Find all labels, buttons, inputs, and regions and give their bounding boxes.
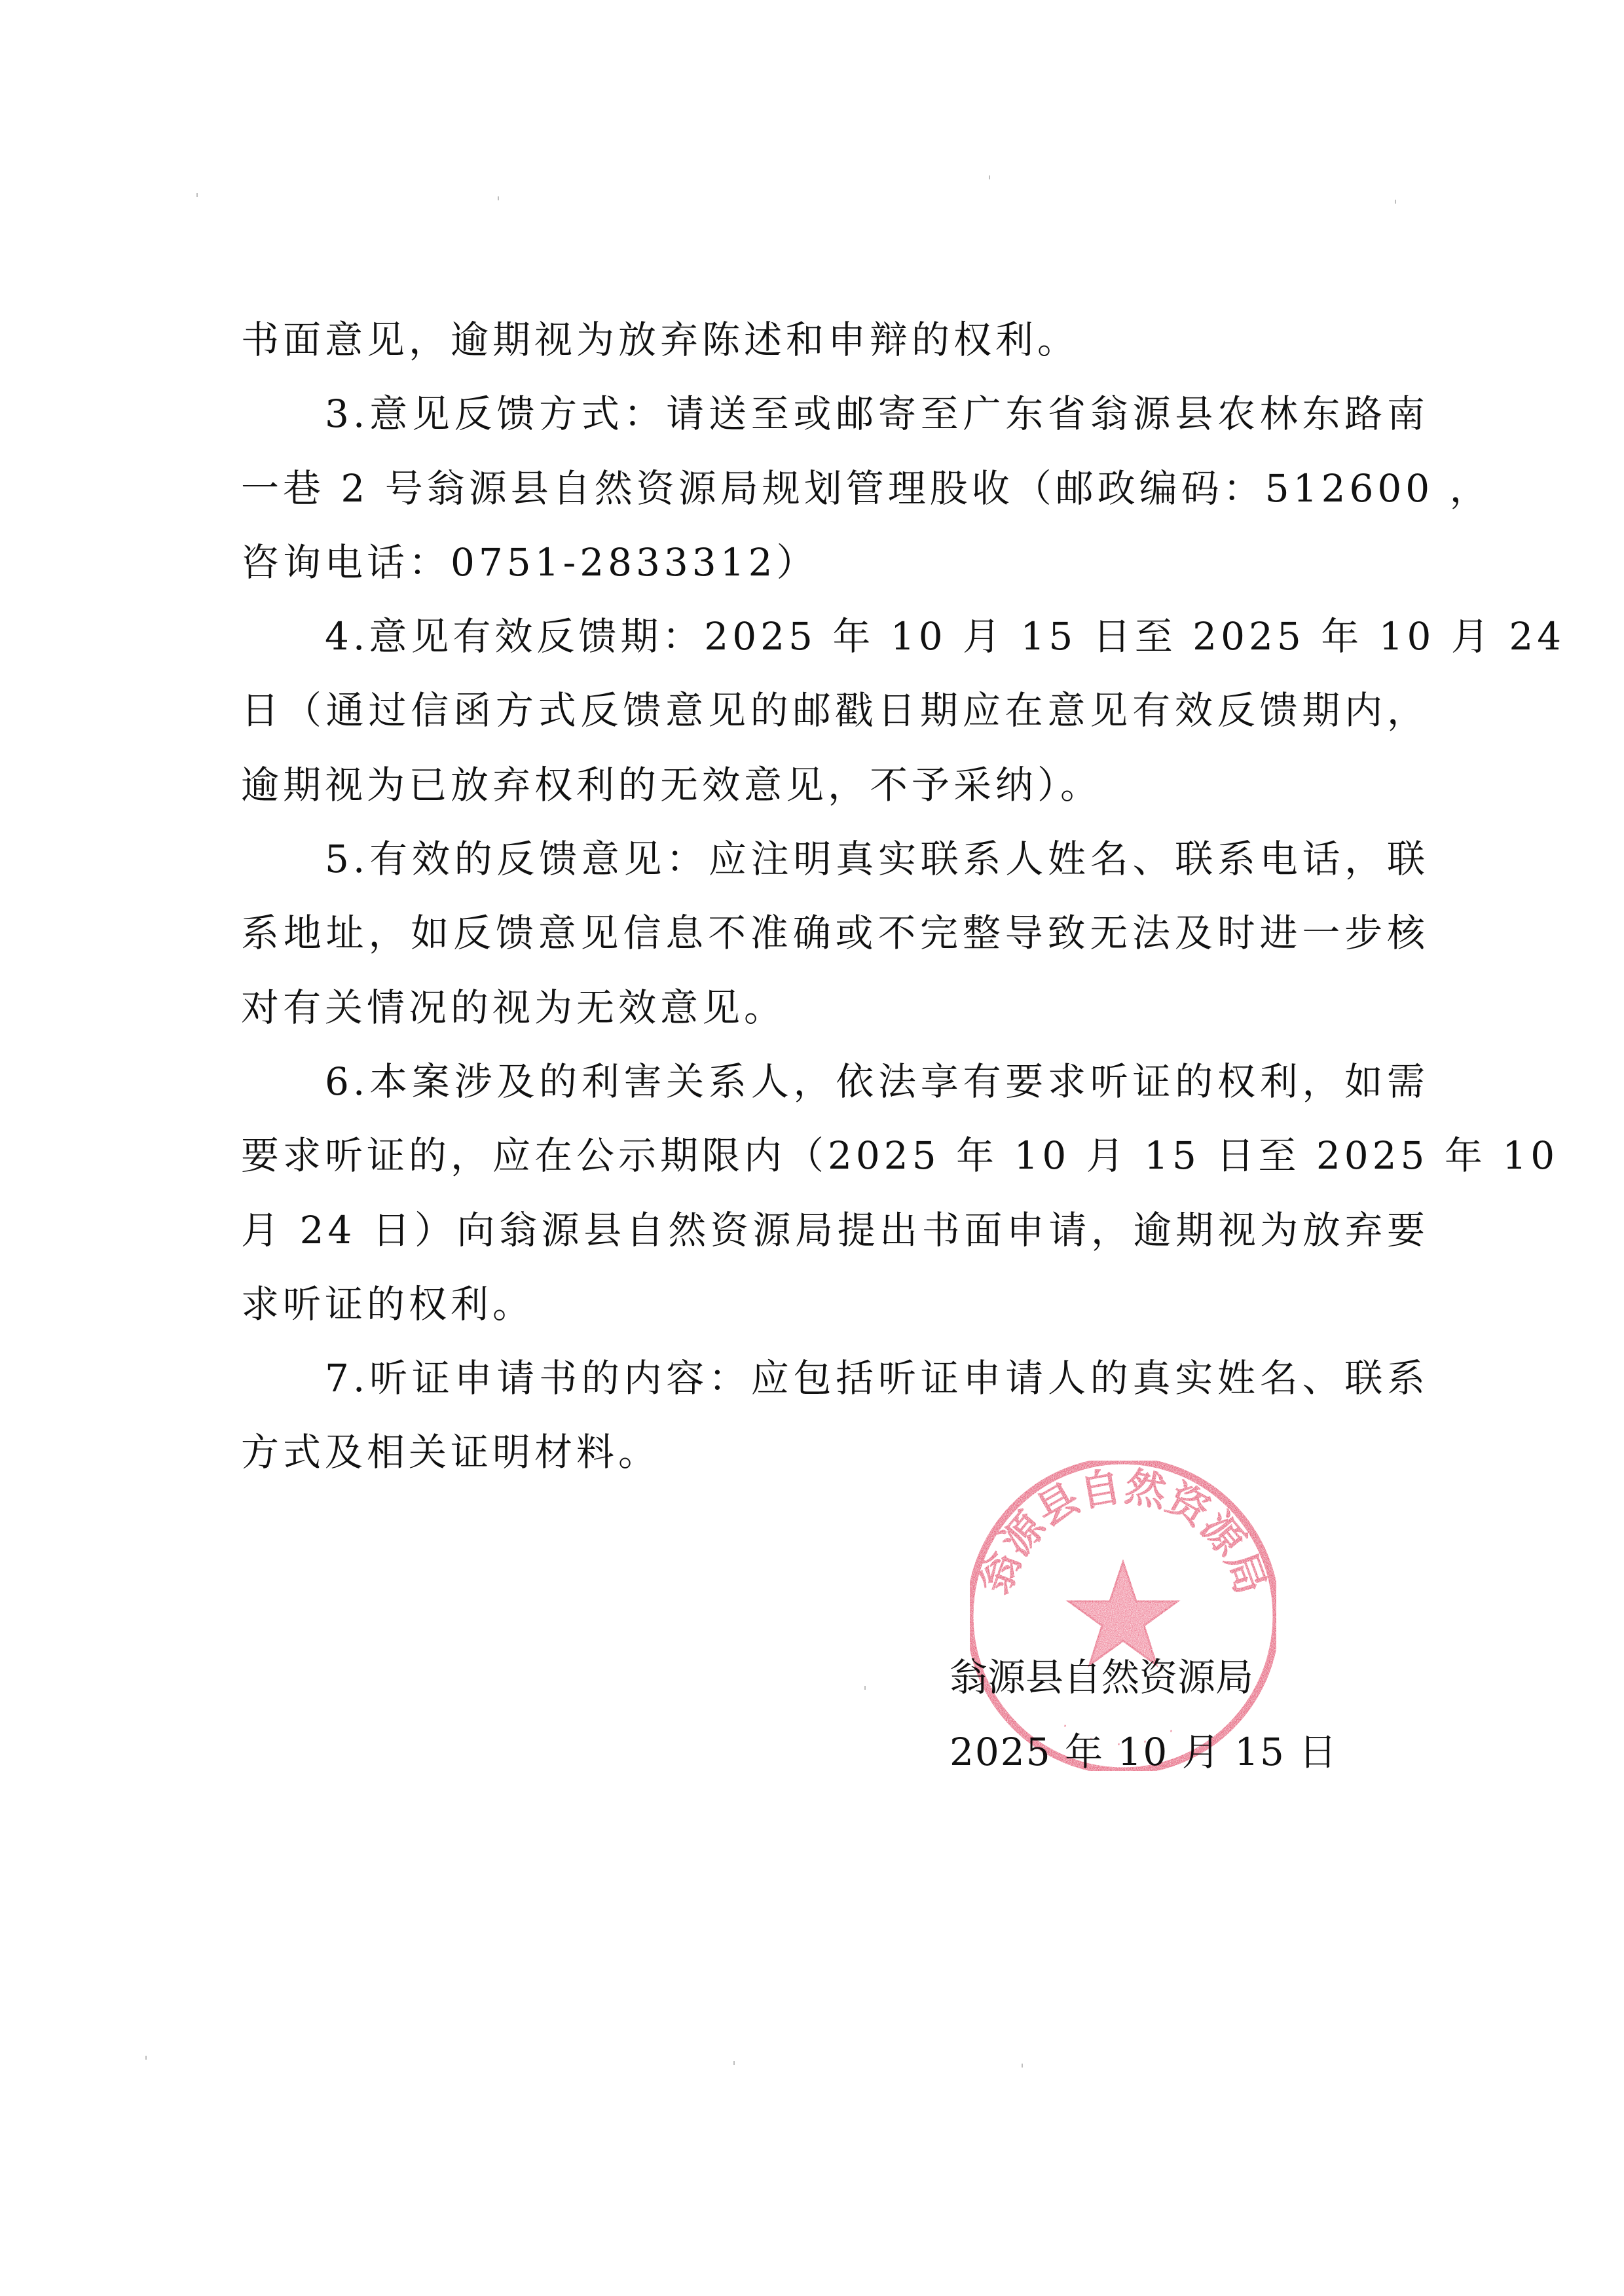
- body-line: 咨询电话：0751-2833312）: [241, 526, 1429, 600]
- paragraph-4-line: 4.意见有效反馈期：2025 年 10 月 15 日至 2025 年 10 月 …: [241, 600, 1429, 674]
- scan-artifact: [733, 2061, 735, 2065]
- scan-artifact: [1022, 2064, 1023, 2068]
- paragraph-5-line: 5.有效的反馈意见：应注明真实联系人姓名、联系电话，联: [241, 822, 1429, 896]
- signature-organization: 翁源县自然资源局: [950, 1641, 1218, 1715]
- body-line: 系地址，如反馈意见信息不准确或不完整导致无法及时进一步核: [241, 896, 1429, 970]
- body-line: 要求听证的，应在公示期限内（2025 年 10 月 15 日至 2025 年 1…: [241, 1119, 1429, 1193]
- scan-artifact: [196, 193, 198, 197]
- paragraph-3-line: 3.意见反馈方式：请送至或邮寄至广东省翁源县农林东路南: [241, 377, 1429, 451]
- scan-artifact: [145, 2056, 147, 2060]
- body-line: 月 24 日）向翁源县自然资源局提出书面申请，逾期视为放弃要: [241, 1194, 1429, 1267]
- scan-artifact: [864, 1686, 866, 1690]
- document-page: 书面意见，逾期视为放弃陈述和申辩的权利。 3.意见反馈方式：请送至或邮寄至广东省…: [0, 0, 1624, 2296]
- scan-artifact: [498, 196, 499, 200]
- body-line: 求听证的权利。: [241, 1267, 1429, 1341]
- paragraph-7-line: 7.听证申请书的内容：应包括听证申请人的真实姓名、联系: [241, 1341, 1429, 1415]
- body-line: 日（通过信函方式反馈意见的邮戳日期应在意见有效反馈期内，: [241, 674, 1429, 748]
- body-line: 书面意见，逾期视为放弃陈述和申辩的权利。: [241, 303, 1429, 377]
- scan-artifact: [1395, 200, 1396, 204]
- notice-body: 书面意见，逾期视为放弃陈述和申辩的权利。 3.意见反馈方式：请送至或邮寄至广东省…: [241, 303, 1429, 1490]
- body-line: 方式及相关证明材料。: [241, 1415, 1429, 1489]
- body-line: 对有关情况的视为无效意见。: [241, 971, 1429, 1045]
- paragraph-6-line: 6.本案涉及的利害关系人，依法享有要求听证的权利，如需: [241, 1045, 1429, 1119]
- scan-artifact: [989, 175, 990, 179]
- body-line: 逾期视为已放弃权利的无效意见，不予采纳）。: [241, 748, 1429, 822]
- signature-date: 2025 年 10 月 15 日: [950, 1715, 1218, 1789]
- body-line: 一巷 2 号翁源县自然资源局规划管理股收（邮政编码：512600 ，: [241, 452, 1429, 526]
